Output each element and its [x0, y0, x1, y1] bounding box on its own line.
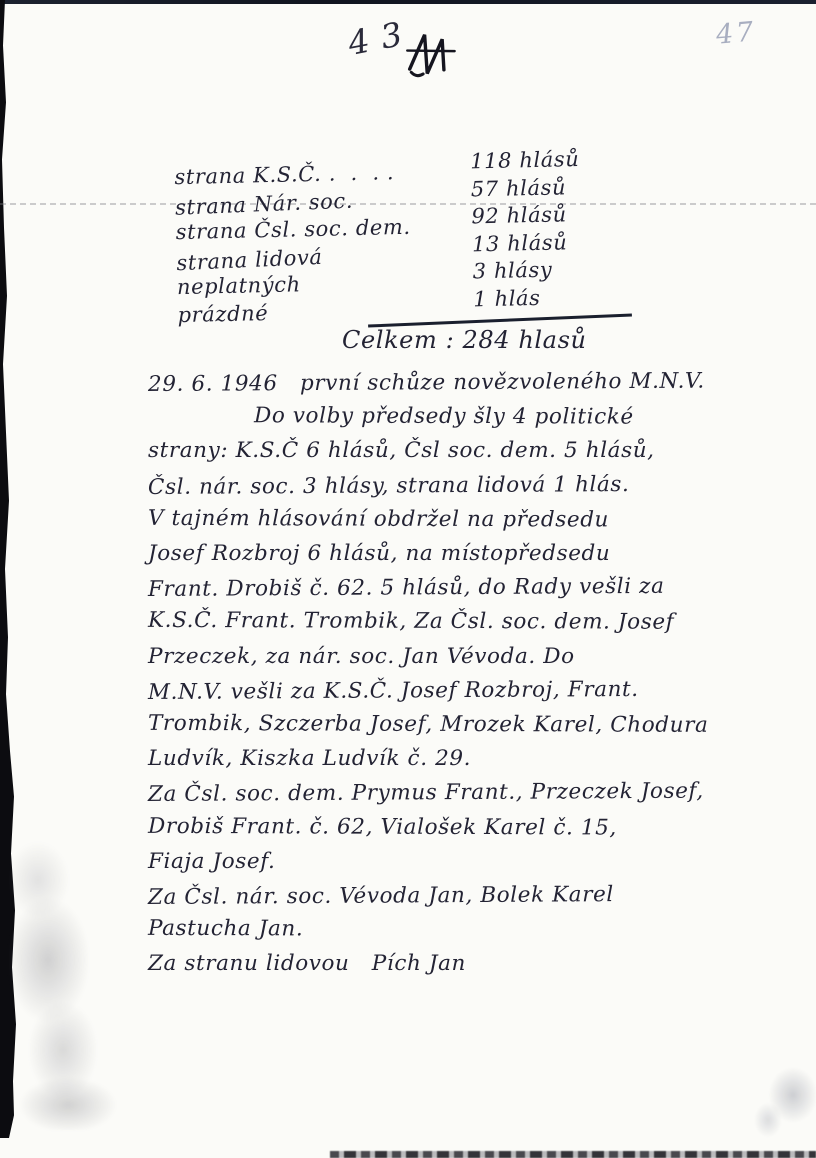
minutes-line: Za Čsl. soc. dem. Prymus Frant., Przecze… — [148, 774, 796, 812]
page-number-pencil: 47 — [715, 16, 758, 50]
tally-total: Celkem : 284 hlasů — [342, 326, 587, 354]
scanned-document-page: 43 47 strana K.S.Č. . . . . 118 hlásů st… — [0, 0, 816, 1158]
tally-vote-count: 57 hlásů — [471, 175, 567, 205]
minutes-line: Trombik, Szczerba Josef, Mrozek Karel, C… — [148, 707, 796, 743]
vote-tally: strana K.S.Č. . . . . 118 hlásů strana N… — [174, 155, 630, 330]
tally-vote-count: 13 hlásů — [472, 230, 568, 260]
minutes-line: 29. 6. 1946 první schůze novězvoleného M… — [148, 364, 796, 402]
minutes-line: Za Čsl. nár. soc. Vévoda Jan, Bolek Kare… — [148, 877, 796, 915]
minutes-line: Čsl. nár. soc. 3 hlásy, strana lidová 1 … — [148, 467, 796, 505]
tally-vote-count: 3 hlásy — [472, 258, 552, 287]
minutes-line: strany: K.S.Č 6 hlásů, Čsl soc. dem. 5 h… — [148, 434, 796, 468]
tally-vote-count: 118 hlásů — [470, 147, 580, 177]
minutes-line: M.N.V. vešli za K.S.Č. Josef Rozbroj, Fr… — [148, 672, 796, 710]
minutes-line: Drobiš Frant. č. 62, Vialošek Karel č. 1… — [148, 810, 796, 846]
ink-scribble-mark — [401, 24, 464, 83]
scan-edge-bottom — [330, 1151, 816, 1158]
scan-speck-cloud — [738, 1055, 816, 1145]
minutes-line: Frant. Drobiš č. 62. 5 hlásů, do Rady ve… — [148, 569, 796, 607]
tally-vote-count: 92 hlásů — [471, 202, 567, 232]
minutes-line: Pastucha Jan. — [148, 912, 796, 948]
tally-party-label: prázdné — [177, 296, 474, 330]
minutes-line: V tajném hlásování obdržel na předsedu — [148, 502, 796, 538]
minutes-line: Josef Rozbroj 6 hlásů, na místopředsedu — [148, 537, 796, 571]
minutes-line: K.S.Č. Frant. Trombik, Za Čsl. soc. dem.… — [148, 604, 796, 640]
minutes-line: Ludvík, Kiszka Ludvík č. 29. — [148, 742, 796, 776]
minutes-line: Za stranu lidovou Pích Jan — [148, 947, 796, 981]
scan-edge-top — [0, 0, 816, 4]
minutes-line: Do volby předsedy šly 4 politické — [148, 399, 796, 435]
tally-vote-count: 1 hlás — [473, 285, 541, 314]
minutes-line: Przeczek, za nár. soc. Jan Vévoda. Do — [148, 640, 796, 674]
minutes-line: Fiaja Josef. — [148, 845, 796, 879]
scan-smudge — [8, 840, 158, 1130]
meeting-minutes: 29. 6. 1946 první schůze novězvoleného M… — [148, 366, 796, 982]
